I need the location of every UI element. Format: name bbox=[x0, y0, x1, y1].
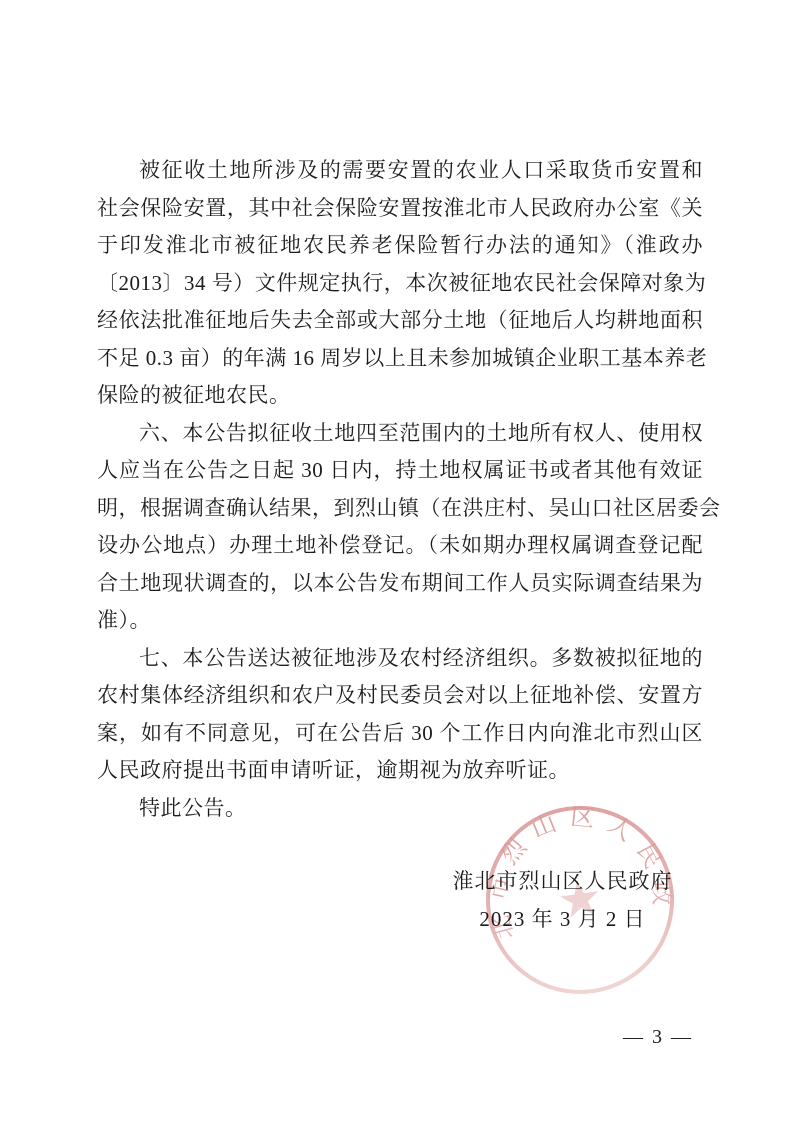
text-line: 社会保险安置，其中社会保险安置按淮北市人民政府办公室《关 bbox=[97, 190, 703, 228]
text-line: 特此公告。 bbox=[97, 790, 703, 828]
text-line: 人民政府提出书面申请听证，逾期视为放弃听证。 bbox=[97, 752, 703, 790]
text-line: 人应当在公告之日起 30 日内，持土地权属证书或者其他有效证 bbox=[97, 452, 703, 490]
text-line: 设办公地点）办理土地补偿登记。（未如期办理权属调查登记配 bbox=[97, 527, 703, 565]
text-line: 准）。 bbox=[97, 602, 703, 640]
document-body: 被征收土地所涉及的需要安置的农业人口采取货币安置和社会保险安置，其中社会保险安置… bbox=[97, 152, 703, 827]
text-line: 农村集体经济组织和农户及村民委员会对以上征地补偿、安置方 bbox=[97, 677, 703, 715]
document-page: 被征收土地所涉及的需要安置的农业人口采取货币安置和社会保险安置，其中社会保险安置… bbox=[0, 0, 793, 1122]
text-line: 〔2013〕34 号）文件规定执行，本次被征地农民社会保障对象为 bbox=[97, 265, 703, 303]
text-line: 六、本公告拟征收土地四至范围内的土地所有权人、使用权 bbox=[97, 415, 703, 453]
paragraph: 六、本公告拟征收土地四至范围内的土地所有权人、使用权人应当在公告之日起 30 日… bbox=[97, 415, 703, 640]
issuing-authority: 淮北市烈山区人民政府 bbox=[420, 862, 705, 900]
page-number: — 3 — bbox=[623, 1026, 693, 1049]
text-line: 合土地现状调查的，以本公告发布期间工作人员实际调查结果为 bbox=[97, 565, 703, 603]
text-line: 于印发淮北市被征地农民养老保险暂行办法的通知》（淮政办 bbox=[97, 227, 703, 265]
text-line: 七、本公告送达被征地涉及农村经济组织。多数被拟征地的 bbox=[97, 640, 703, 678]
paragraph: 特此公告。 bbox=[97, 790, 703, 828]
text-line: 明，根据调查确认结果，到烈山镇（在洪庄村、吴山口社区居委会 bbox=[97, 490, 703, 528]
paragraph: 被征收土地所涉及的需要安置的农业人口采取货币安置和社会保险安置，其中社会保险安置… bbox=[97, 152, 703, 415]
text-line: 不足 0.3 亩）的年满 16 周岁以上且未参加城镇企业职工基本养老 bbox=[97, 340, 703, 378]
signature-block: 淮北市烈山区人民政府 2023 年 3 月 2 日 bbox=[420, 862, 705, 938]
paragraph: 七、本公告送达被征地涉及农村经济组织。多数被拟征地的农村集体经济组织和农户及村民… bbox=[97, 640, 703, 790]
issue-date: 2023 年 3 月 2 日 bbox=[420, 900, 705, 938]
text-line: 经依法批准征地后失去全部或大部分土地（征地后人均耕地面积 bbox=[97, 302, 703, 340]
text-line: 案，如有不同意见，可在公告后 30 个工作日内向淮北市烈山区 bbox=[97, 715, 703, 753]
text-line: 被征收土地所涉及的需要安置的农业人口采取货币安置和 bbox=[97, 152, 703, 190]
text-line: 保险的被征地农民。 bbox=[97, 377, 703, 415]
